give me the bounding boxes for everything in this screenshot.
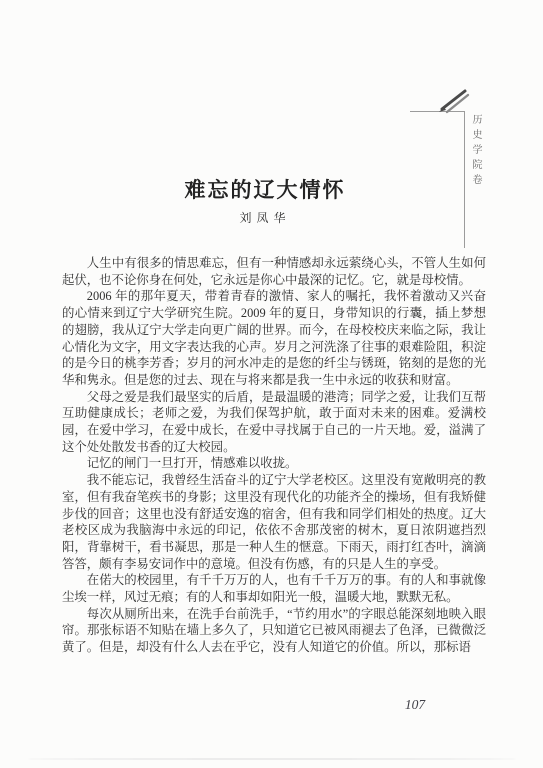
body-paragraph: 人生中有很多的情思难忘，但有一种情感却永远萦绕心头，不管人生如何起伏，也不论你身… xyxy=(62,255,486,288)
pen-icon xyxy=(434,86,470,119)
body-paragraph: 记忆的闸门一旦打开，情感难以收拢。 xyxy=(62,455,486,472)
page-number: 107 xyxy=(380,697,450,713)
article-title: 难忘的辽大情怀 xyxy=(62,174,468,204)
article-author: 刘凤华 xyxy=(62,209,468,226)
scanned-book-page: 历史学院卷 难忘的辽大情怀 刘凤华 人生中有很多的情思难忘，但有一种情感却永远萦… xyxy=(0,0,543,768)
article-body: 人生中有很多的情思难忘，但有一种情感却永远萦绕心头，不管人生如何起伏，也不论你身… xyxy=(62,255,486,656)
body-paragraph: 我不能忘记，我曾经生活奋斗的辽宁大学老校区。这里没有宽敞明亮的教室，但有我奋笔疾… xyxy=(62,472,486,572)
page-edge-shadow xyxy=(28,758,516,760)
volume-side-label: 历史学院卷 xyxy=(468,114,483,189)
body-paragraph: 每次从厕所出来，在洗手台前洗手，“节约用水”的字眼总能深刻地映入眼帘。那张标语不… xyxy=(62,606,486,656)
body-paragraph: 2006 年的那年夏天，带着青春的激情、家人的嘱托，我怀着激动又兴奋的心情来到辽… xyxy=(62,288,486,388)
body-paragraph: 父母之爱是我们最坚实的后盾，是最温暖的港湾；同学之爱，让我们互帮互助健康成长；老… xyxy=(62,389,486,456)
body-paragraph: 在偌大的校园里，有千千万万的人，也有千千万万的事。有的人和事就像尘埃一样，风过无… xyxy=(62,572,486,605)
